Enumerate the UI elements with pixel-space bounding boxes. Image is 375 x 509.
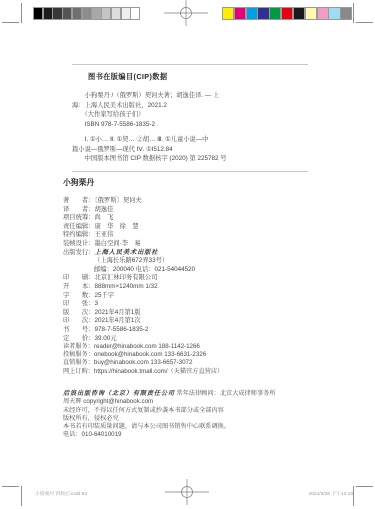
cip-line: ISBN 978-7-5586-1835-2 <box>72 120 317 130</box>
colophon-row: 印 张：3 <box>63 300 323 309</box>
colophon-row: 定 价：39.00元 <box>63 335 323 344</box>
colophon-row: 字 数：25千字 <box>63 292 323 301</box>
colophon-row: 印 次：2021年4月第1次 <box>63 317 323 326</box>
credit-label: 责任编辑： <box>63 223 94 230</box>
credit-value: 25千字 <box>94 292 114 299</box>
legal-line: 版权所有，侵权必究 <box>63 415 348 423</box>
colophon-row: 译 者：胡逸佳 <box>63 206 323 215</box>
color-swatch <box>101 7 111 20</box>
credit-label: 字 数： <box>63 292 94 299</box>
credit-label: 定 价： <box>63 335 94 342</box>
footer-timestamp: 2021/3/26 下午12:18 <box>309 490 353 497</box>
color-swatch <box>62 7 72 20</box>
legal-company-name: 后浪出版咨询（北京）有限责任公司 <box>63 390 175 397</box>
cip-rule-bottom <box>72 171 308 172</box>
cip-heading: 图书在版编目(CIP)数据 <box>88 72 167 82</box>
cip-line: 小狗栗丹 /（俄罗斯）契诃夫著；胡逸佳译. — 上 <box>72 91 317 101</box>
crop-mark-top-right-h <box>356 22 373 23</box>
crop-mark-bottom-right-h <box>356 486 373 487</box>
service-line: 网上订购：https://hinabook.tmall.com/（天猫官方直营店… <box>63 368 333 376</box>
credit-label: 印 刷： <box>63 274 94 281</box>
crop-mark-bottom-left-h <box>2 486 19 487</box>
credit-value: 3 <box>94 300 98 307</box>
credit-label: 出版发行： <box>63 249 94 256</box>
colophon-row: 项目统筹：尚 飞 <box>63 214 323 223</box>
credit-value: 888mm×1240mm 1/32 <box>94 283 157 290</box>
credit-label: 印 次： <box>63 317 94 324</box>
credit-label: 开 本： <box>63 283 94 290</box>
cip-line: 篇小说—俄罗斯—现代 Ⅳ. ①I512.84 <box>72 145 317 155</box>
color-swatch <box>130 7 140 20</box>
colophon-credits: 著 者：〔俄罗斯〕契诃夫译 者：胡逸佳项目统筹：尚 飞责任编辑：康 华 徐 慧特… <box>63 197 323 343</box>
credit-value: 39.00元 <box>94 335 116 342</box>
credit-value: 邮编：200040 电话：021-54044520 <box>94 266 195 273</box>
colophon-row: 著 者：〔俄罗斯〕契诃夫 <box>63 197 323 206</box>
cip-line: 中国版本图书馆 CIP 数据核字 (2020) 第 225782 号 <box>72 154 317 164</box>
colophon-row: （上海长乐路672弄33号） <box>63 257 323 266</box>
color-calibration-bar <box>222 7 352 20</box>
legal-line: 周天晖 copyright@hinabook.com <box>63 398 348 406</box>
legal-line: 未经许可，不得以任何方式复制或抄袭本书部分或全部内容 <box>63 407 348 415</box>
credit-label: 著 者： <box>63 197 94 204</box>
legal-block: 后浪出版咨询（北京）有限责任公司 常年法律顾问：北京大成律师事务所 周天晖 co… <box>63 390 348 440</box>
credit-label: 书 号： <box>63 326 94 333</box>
credit-value: 胡逸佳 <box>94 206 113 213</box>
crop-mark-top-right-v <box>353 3 354 23</box>
credit-value: 康 华 徐 慧 <box>94 223 138 230</box>
color-swatch <box>52 7 62 20</box>
cip-data-block: 小狗栗丹 /（俄罗斯）契诃夫著；胡逸佳译. — 上海：上海人民美术出版社，202… <box>72 91 317 164</box>
colophon-row: 开 本：888mm×1240mm 1/32 <box>63 283 323 292</box>
color-swatch <box>257 7 269 20</box>
crop-mark-bottom-left-v <box>21 486 22 506</box>
legal-counsel: 常年法律顾问：北京大成律师事务所 <box>177 390 276 397</box>
color-swatch <box>72 7 82 20</box>
grayscale-calibration-bar <box>33 7 140 20</box>
colophon-page: 图书在版编目(CIP)数据 小狗栗丹 /（俄罗斯）契诃夫著；胡逸佳译. — 上海… <box>0 0 375 509</box>
credit-value: （上海长乐路672弄33号） <box>94 257 168 264</box>
credit-value: 北京汇林印务有限公司 <box>94 274 157 281</box>
credit-label: 印 张： <box>63 300 94 307</box>
colophon-row: 印 刷：北京汇林印务有限公司 <box>63 274 323 283</box>
cip-line: 海：上海人民美术出版社，2021.2 <box>72 101 317 111</box>
colophon-row: 特约编辑：王亚伟 <box>63 231 323 240</box>
registration-mark-top <box>164 0 208 27</box>
credit-value: 978-7-5586-1835-2 <box>94 326 148 333</box>
cip-line: （大作家写给孩子们） <box>72 110 317 120</box>
color-swatch <box>246 7 258 20</box>
credit-value: 上海人民美术出版社 <box>94 249 158 256</box>
color-swatch <box>328 7 340 20</box>
color-swatch <box>82 7 92 20</box>
service-contact-block: 读者服务：reader@hinabook.com 188-1142-1266投稿… <box>63 343 333 376</box>
credit-label: 译 者： <box>63 206 94 213</box>
credit-value: 〔俄罗斯〕契诃夫 <box>94 197 141 204</box>
credit-value: 王亚伟 <box>94 231 113 238</box>
colophon-row: 出版发行：上海人民美术出版社 <box>63 249 323 258</box>
credit-label: 项目统筹： <box>63 214 94 221</box>
credit-value: 尚 飞 <box>94 214 113 221</box>
cip-rule-top <box>72 64 308 65</box>
credit-label: 版 次： <box>63 309 94 316</box>
crop-mark-bottom-right-v <box>353 486 354 506</box>
credit-label: 装帧设计： <box>63 240 94 247</box>
service-line: 读者服务：reader@hinabook.com 188-1142-1266 <box>63 343 333 351</box>
registration-mark-bottom <box>165 478 209 506</box>
color-swatch <box>111 7 121 20</box>
crop-mark-top-left-h <box>2 22 19 23</box>
color-swatch <box>317 7 329 20</box>
color-swatch <box>222 7 234 20</box>
credit-value: 墨白空间·李 易 <box>94 240 140 247</box>
book-title: 小狗栗丹 <box>63 177 94 188</box>
color-swatch <box>234 7 246 20</box>
legal-lines: 周天晖 copyright@hinabook.com未经许可，不得以任何方式复制… <box>63 398 348 439</box>
legal-line: 电话：010-64010019 <box>63 431 348 439</box>
color-swatch <box>43 7 53 20</box>
credit-label: 特约编辑： <box>63 231 94 238</box>
color-swatch <box>91 7 101 20</box>
crop-mark-top-left-v <box>21 3 22 23</box>
colophon-row: 书 号：978-7-5586-1835-2 <box>63 326 323 335</box>
footer-filename: 小狗栗丹 四校后.indd 92 <box>35 490 87 497</box>
cip-line: Ⅰ. ①小… Ⅱ. ①契… ②胡… Ⅲ. ①儿童小说—中 <box>72 135 317 145</box>
color-swatch <box>281 7 293 20</box>
colophon-row: 装帧设计：墨白空间·李 易 <box>63 240 323 249</box>
credit-value: 2021年4月第1版 <box>94 309 140 316</box>
color-swatch <box>293 7 305 20</box>
credit-value: 2021年4月第1次 <box>94 317 140 324</box>
color-swatch <box>33 7 43 20</box>
color-swatch <box>340 7 352 20</box>
color-swatch <box>121 7 131 20</box>
color-swatch <box>305 7 317 20</box>
color-swatch <box>269 7 281 20</box>
service-line: 直销服务：buy@hinabook.com 133-6657-3072 <box>63 359 333 367</box>
